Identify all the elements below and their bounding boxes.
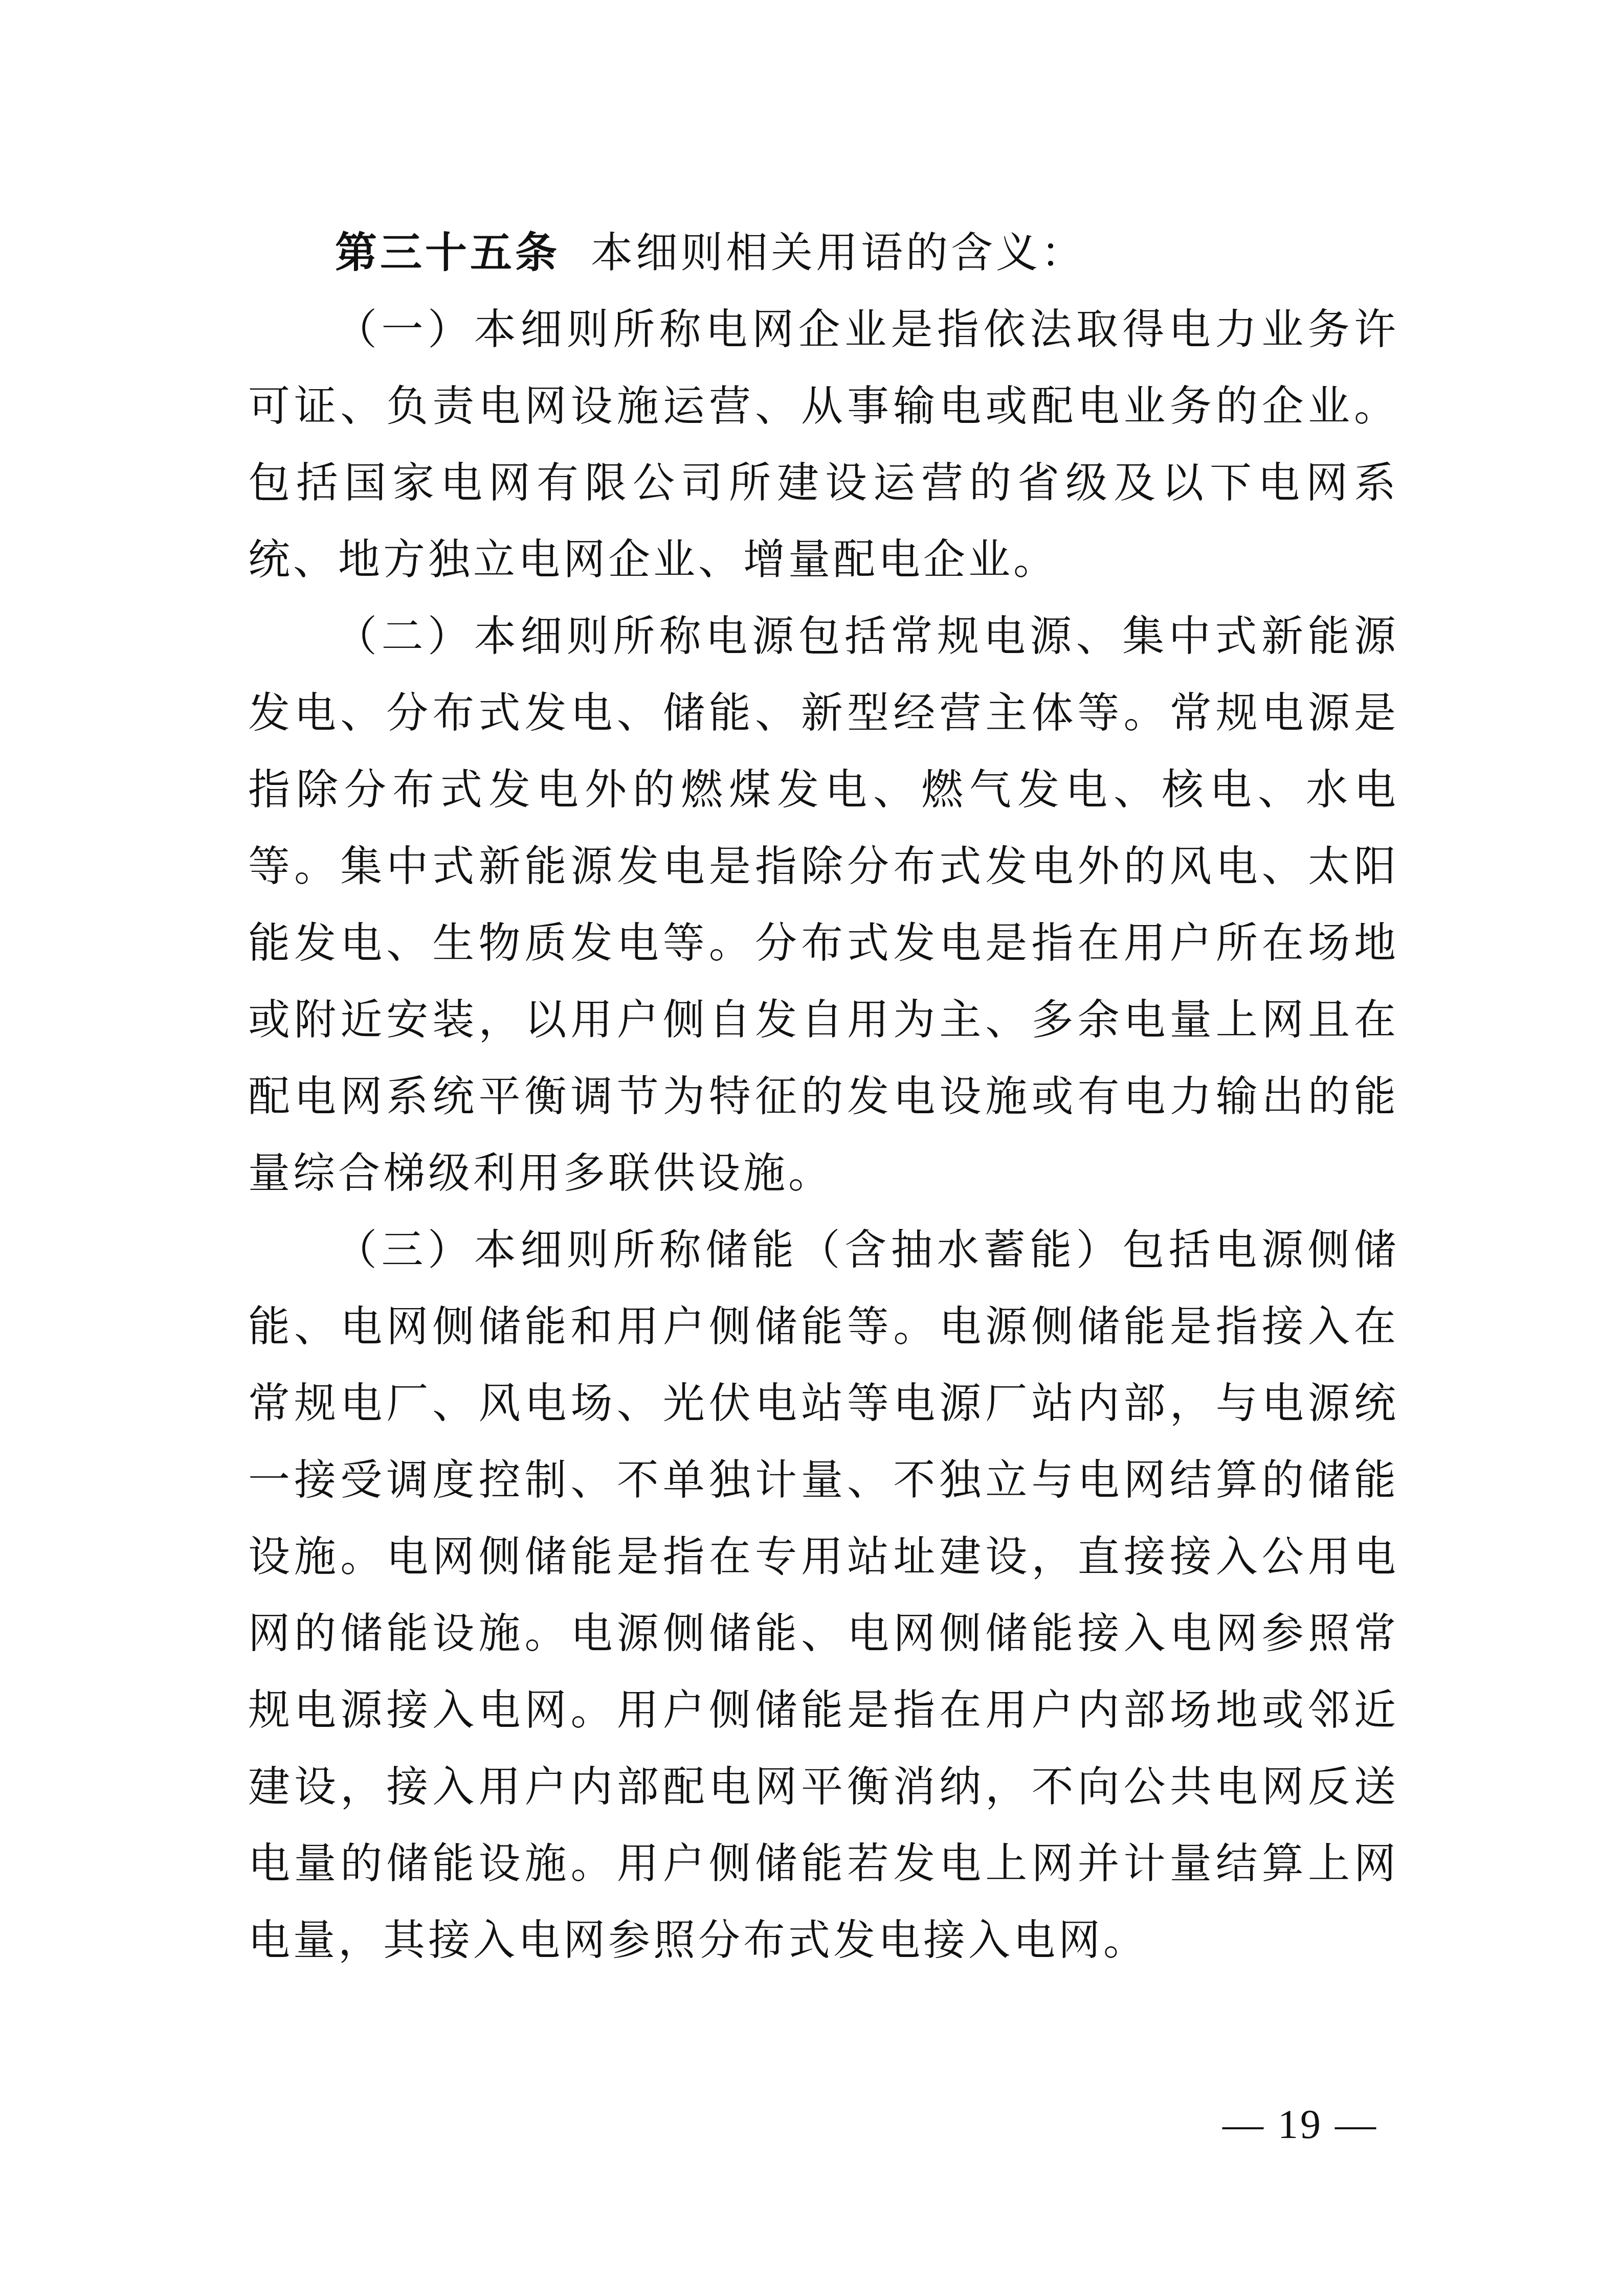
paragraph-2: （二）本细则所称电源包括常规电源、集中式新能源发电、分布式发电、储能、新型经营主… xyxy=(248,598,1399,1212)
article-number: 第三十五条 xyxy=(335,229,560,277)
document-page: 第三十五条本细则相关用语的含义： （一）本细则所称电网企业是指依法取得电力业务许… xyxy=(0,0,1624,2296)
article-heading: 第三十五条本细则相关用语的含义： xyxy=(248,215,1399,291)
article-title: 本细则相关用语的含义： xyxy=(591,229,1086,277)
page-number: — 19 — xyxy=(1222,2102,1378,2148)
paragraph-3: （三）本细则所称储能（含抽水蓄能）包括电源侧储能、电网侧储能和用户侧储能等。电源… xyxy=(248,1212,1399,1979)
document-body: 第三十五条本细则相关用语的含义： （一）本细则所称电网企业是指依法取得电力业务许… xyxy=(248,215,1399,1979)
paragraph-1: （一）本细则所称电网企业是指依法取得电力业务许可证、负责电网设施运营、从事输电或… xyxy=(248,291,1399,598)
